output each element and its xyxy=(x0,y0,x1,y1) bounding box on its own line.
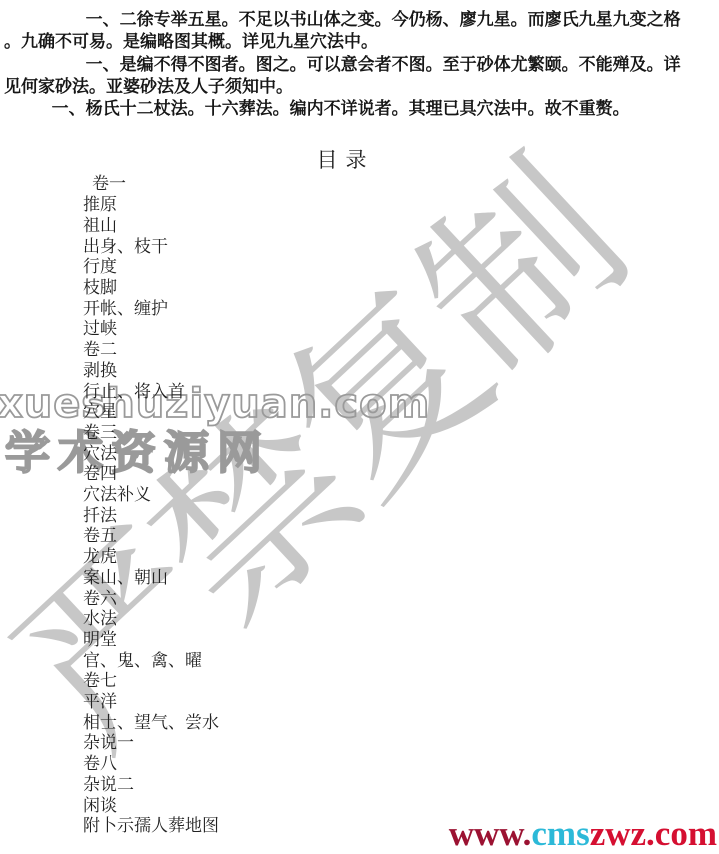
toc-item: 穴法补义 xyxy=(83,485,719,506)
toc-item: 行度 xyxy=(83,257,719,278)
toc-item: 枝脚 xyxy=(83,278,719,299)
toc-item: 扦法 xyxy=(83,506,719,527)
intro-paragraph: 一、二徐专举五星。不足以书山体之变。今仍杨、廖九星。而廖氏九星九变之格。九确不可… xyxy=(4,9,695,54)
toc-item: 卷八 xyxy=(83,754,719,775)
footer-url-suffix: zwz.com xyxy=(590,814,717,853)
footer-url-prefix: www. xyxy=(449,814,532,853)
toc-item: 卷二 xyxy=(83,340,719,361)
toc-item: 卷五 xyxy=(83,526,719,547)
toc-item: 相士、望气、尝水 xyxy=(83,713,719,734)
toc-item: 卷七 xyxy=(83,671,719,692)
toc-list: 卷一推原祖山出身、枝干行度枝脚开帐、缠护过峡卷二剥换行止、将入首穴星卷三穴法卷四… xyxy=(83,174,719,837)
footer-url-mid: cms xyxy=(531,814,589,853)
toc-item: 平洋 xyxy=(83,692,719,713)
toc-item: 卷一 xyxy=(83,174,719,195)
toc-item: 明堂 xyxy=(83,630,719,651)
toc-item: 祖山 xyxy=(83,216,719,237)
toc-item: 水法 xyxy=(83,609,719,630)
toc-item: 龙虎 xyxy=(83,547,719,568)
toc-item: 卷三 xyxy=(83,423,719,444)
intro-paragraph: 一、杨氏十二杖法。十六葬法。编内不详说者。其理已具穴法中。故不重赘。 xyxy=(4,98,695,120)
toc-item: 杂说二 xyxy=(83,775,719,796)
toc-item: 穴星 xyxy=(83,402,719,423)
toc-item: 案山、朝山 xyxy=(83,568,719,589)
scanned-book-page: 严禁复制 xueshuziyuan.com 学术资源网 一、二徐专举五星。不足以… xyxy=(0,0,719,854)
intro-notes: 一、二徐专举五星。不足以书山体之变。今仍杨、廖九星。而廖氏九星九变之格。九确不可… xyxy=(4,9,695,120)
intro-paragraph: 一、是编不得不图者。图之。可以意会者不图。至于砂体尤繁颐。不能殚及。详见何家砂法… xyxy=(4,54,695,99)
toc-item: 过峡 xyxy=(83,319,719,340)
toc-item: 穴法 xyxy=(83,444,719,465)
toc-item: 开帐、缠护 xyxy=(83,299,719,320)
toc-item: 卷六 xyxy=(83,589,719,610)
page-content: 一、二徐专举五星。不足以书山体之变。今仍杨、廖九星。而廖氏九星九变之格。九确不可… xyxy=(0,9,719,837)
toc-item: 官、鬼、禽、曜 xyxy=(83,651,719,672)
toc-title: 目录 xyxy=(0,149,719,171)
toc-item: 卷四 xyxy=(83,464,719,485)
toc-item: 行止、将入首 xyxy=(83,382,719,403)
toc-item: 出身、枝干 xyxy=(83,237,719,258)
toc-item: 推原 xyxy=(83,195,719,216)
toc-item: 剥换 xyxy=(83,361,719,382)
footer-url: www.cmszwz.com xyxy=(449,816,717,851)
toc-item: 杂说一 xyxy=(83,733,719,754)
